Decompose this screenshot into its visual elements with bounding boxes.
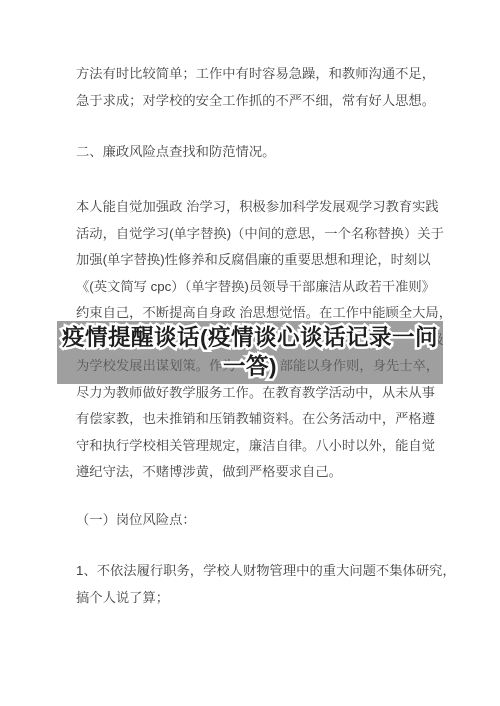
text-line: 加强(单字替换)性修养和反腐倡廉的重要思想和理论，时刻以 — [76, 247, 448, 274]
text-line: 搞个人说了算； — [76, 585, 448, 612]
text-line: 1、不依法履行职务，学校人财物管理中的重大问题不集体研究， — [76, 558, 448, 585]
text-line: 遵纪守法，不赌博涉黄，做到严格要求自己。 — [76, 459, 448, 486]
sub-heading: （一）岗位风险点： — [76, 507, 448, 534]
text-line: 有偿家教，也未推销和压销教辅资料。在公务活动中，严格遵 — [76, 406, 448, 433]
article-page: 方法有时比较简单；工作中有时容易急躁，和教师沟通不足， 急于求成；对学校的安全工… — [0, 0, 500, 706]
text-line: 本人能自觉加强政 治学习，积极参加科学发展观学习教育实践 — [76, 194, 448, 221]
title-fill-text: 一答) — [223, 354, 277, 379]
text-line: 方法有时比较简单；工作中有时容易急躁，和教师沟通不足， — [76, 61, 448, 88]
overlay-title-line-2: 一答) 一答) — [57, 352, 443, 381]
document-text: 方法有时比较简单；工作中有时容易急躁，和教师沟通不足， 急于求成；对学校的安全工… — [76, 0, 448, 611]
overlay-title-line-1: 疫情提醒谈话(疫情谈心谈话记录一问 疫情提醒谈话(疫情谈心谈话记录一问 — [57, 323, 443, 352]
text-line: 《(英文简写 cpc）（单字替换)员领导干部廉洁从政若干准则》 — [76, 274, 448, 301]
paragraph-risk-item: 1、不依法履行职务，学校人财物管理中的重大问题不集体研究， 搞个人说了算； — [76, 558, 448, 611]
section-heading: 二、廉政风险点查找和防范情况。 — [76, 139, 448, 166]
paragraph-work-style: 方法有时比较简单；工作中有时容易急躁，和教师沟通不足， 急于求成；对学校的安全工… — [76, 61, 448, 114]
title-fill-text: 疫情提醒谈话(疫情谈心谈话记录一问 — [62, 325, 438, 350]
text-line: 守和执行学校相关管理规定，廉洁自律。八小时以外，能自觉 — [76, 433, 448, 460]
title-overlay-banner: 疫情提醒谈话(疫情谈心谈话记录一问 疫情提醒谈话(疫情谈心谈话记录一问 一答) … — [57, 321, 443, 384]
text-line: 活动，自觉学习(单字替换)（中间的意思，一个名称替换）关于 — [76, 221, 448, 248]
text-line: 急于求成；对学校的安全工作抓的不严不细，常有好人思想。 — [76, 88, 448, 115]
